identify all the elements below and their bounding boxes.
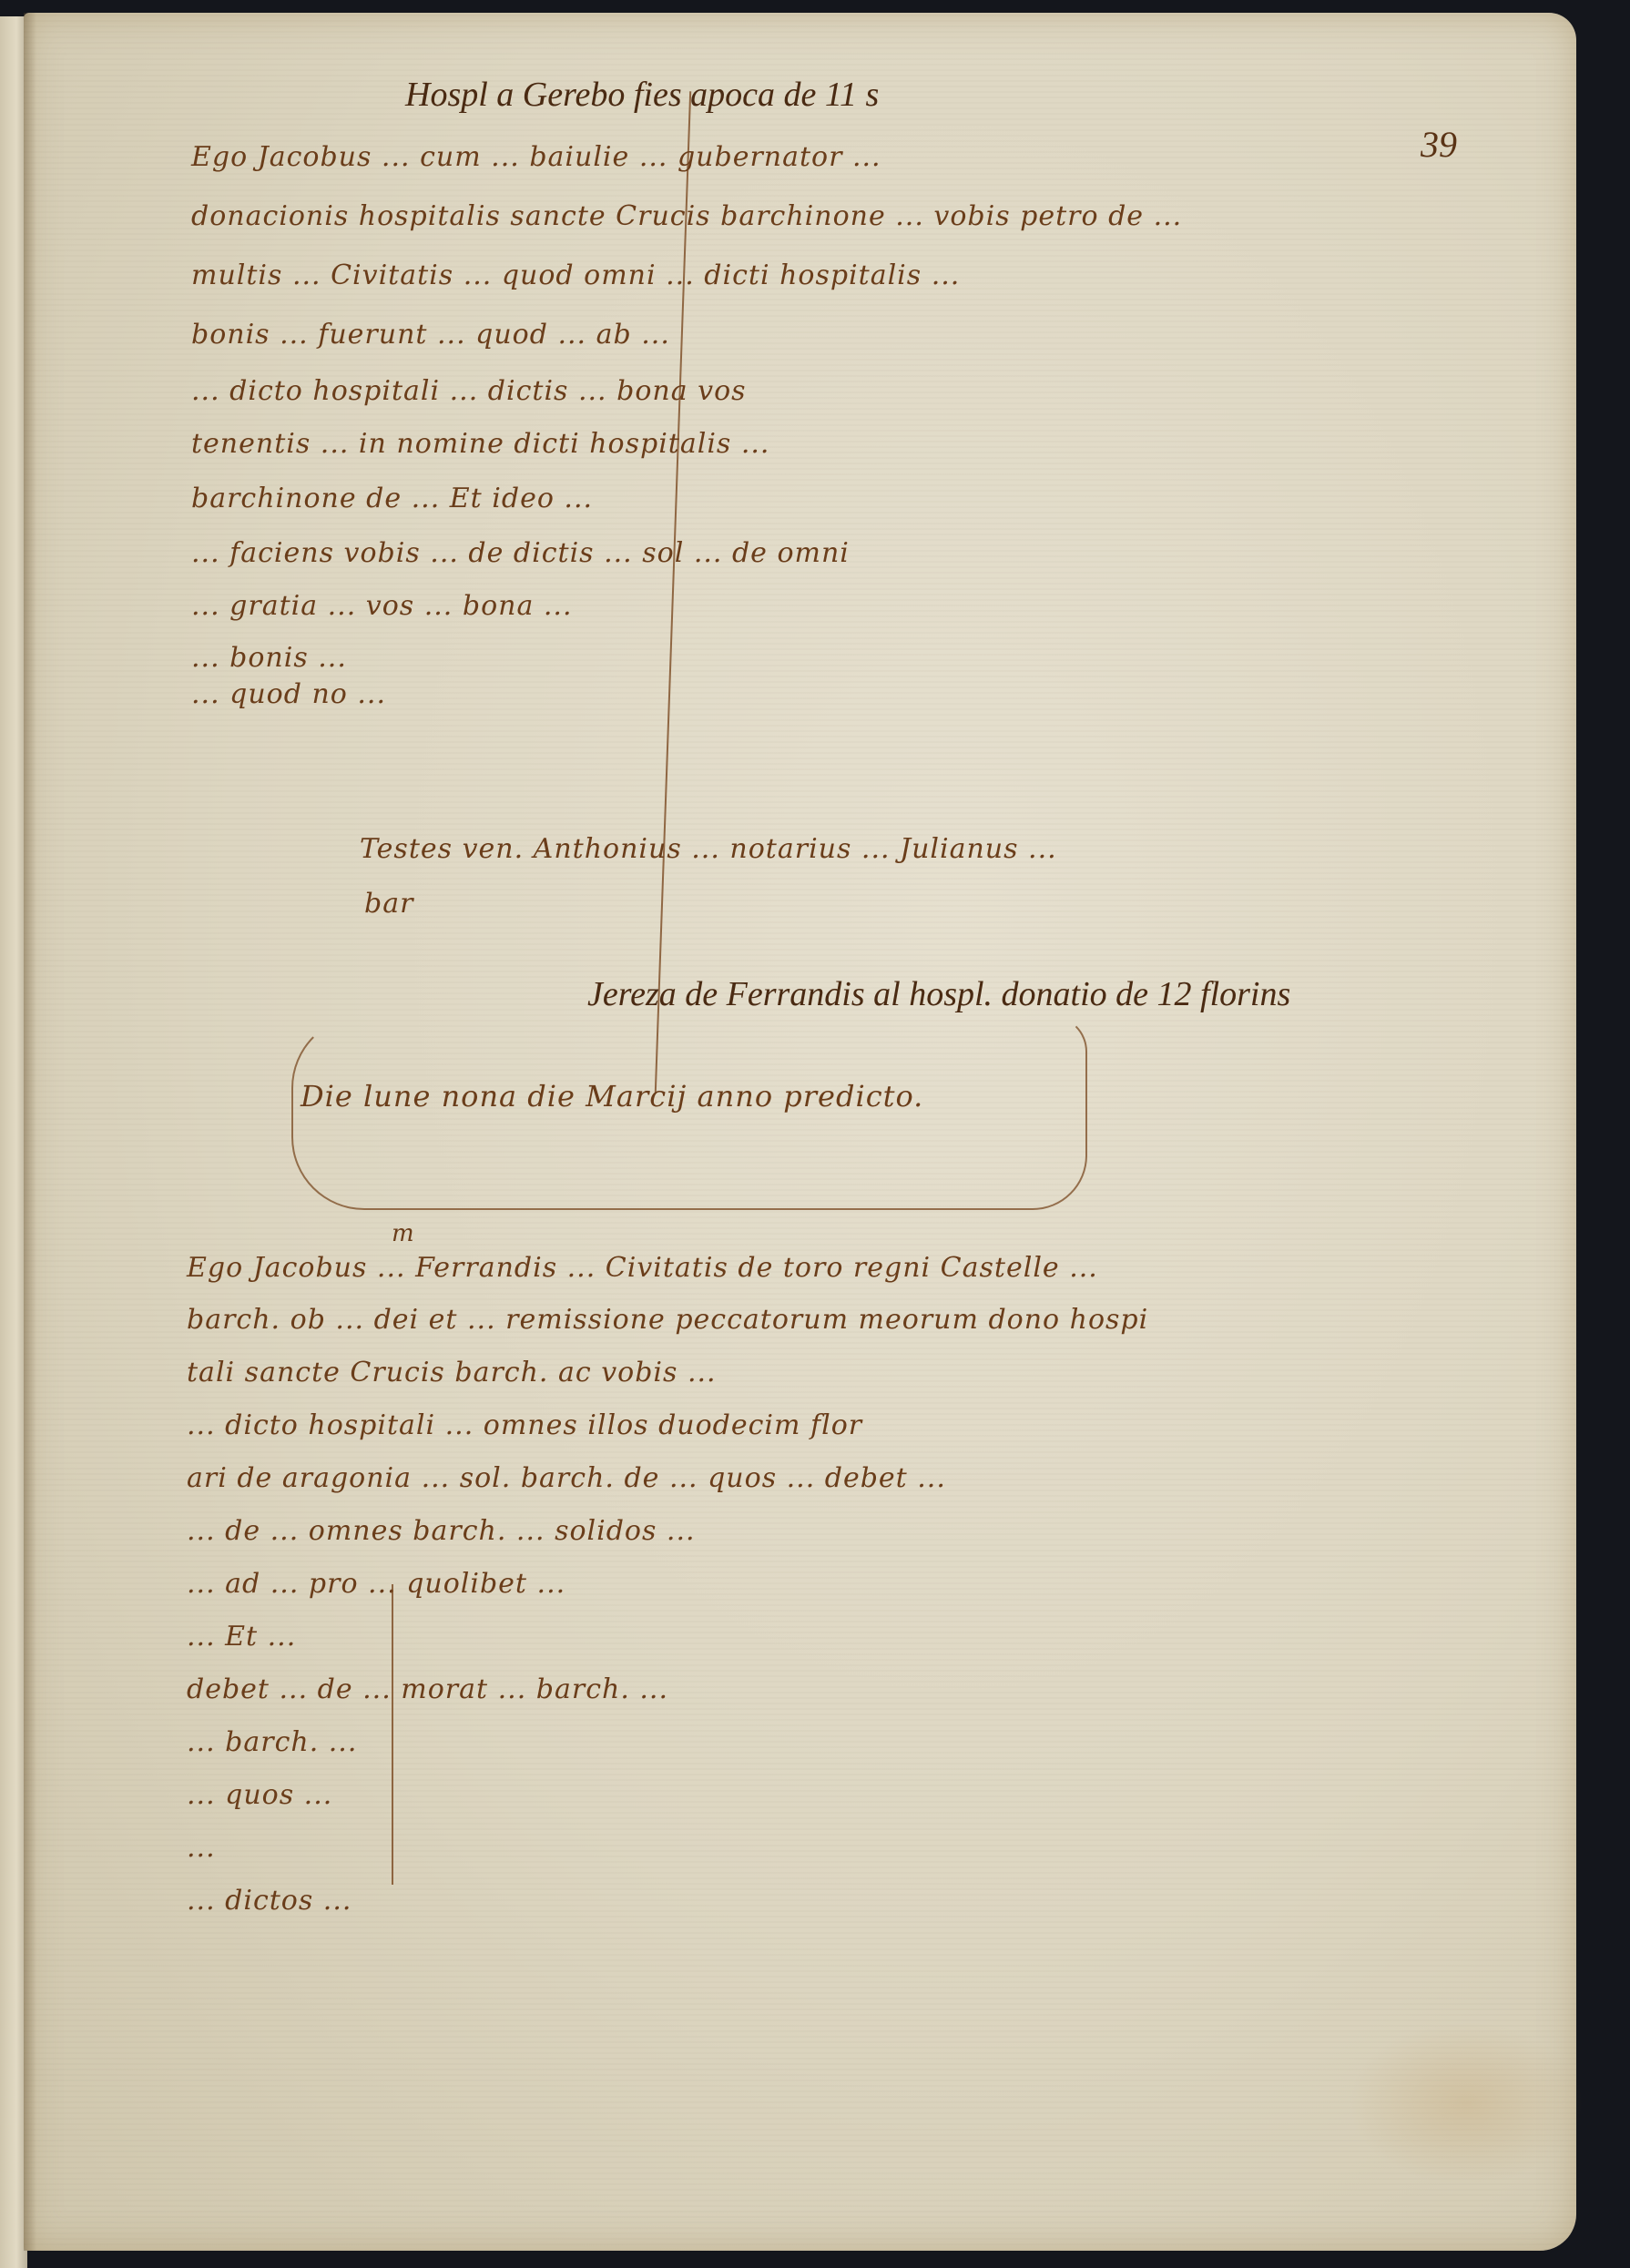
binding-gutter-shadow <box>24 13 36 2251</box>
witness-line: Testes ven. Anthonius ... notarius ... J… <box>360 833 1057 865</box>
entry-line: tenentis ... in nomine dicti hospitalis … <box>191 428 769 460</box>
entry-line: ... dicto hospitali ... omnes illos duod… <box>187 1409 862 1441</box>
entry-line: ... dicto hospitali ... dictis ... bona … <box>191 375 747 407</box>
entry-line: ... quod no ... <box>191 678 386 710</box>
entry-line: ... bonis ... <box>191 642 347 674</box>
entry-line: bonis ... fuerunt ... quod ... ab ... <box>191 319 670 351</box>
superscript-mark: m <box>392 1220 415 1247</box>
entry-line: barchinone de ... Et ideo ... <box>191 483 593 514</box>
water-stain <box>1348 2021 1584 2185</box>
entry-line: debet ... de ... morat ... barch. ... <box>187 1673 668 1705</box>
entry-line: multis ... Civitatis ... quod omni ... d… <box>191 259 960 291</box>
entry-line: ... faciens vobis ... de dictis ... sol … <box>191 537 850 569</box>
entry-line: Ego Jacobus ... cum ... baiulie ... gube… <box>191 141 881 173</box>
entry-line: ... barch. ... <box>187 1726 357 1758</box>
entry-line: ... quos ... <box>187 1779 332 1811</box>
entry-line: ... dictos ... <box>187 1885 351 1917</box>
folio-number: 39 <box>1421 123 1457 166</box>
date-line: Die lune nona die Marcij anno predicto. <box>301 1079 923 1114</box>
entry-line: ... <box>187 1832 216 1864</box>
entry-line: ... Et ... <box>187 1621 296 1653</box>
entry-line: ari de aragonia ... sol. barch. de ... q… <box>187 1462 946 1494</box>
entry-line: tali sancte Crucis barch. ac vobis ... <box>187 1357 717 1388</box>
entry-line: ... de ... omnes barch. ... solidos ... <box>187 1515 696 1547</box>
entry-line: donacionis hospitalis sancte Crucis barc… <box>191 200 1182 232</box>
entry-line: Ego Jacobus ... Ferrandis ... Civitatis … <box>187 1252 1098 1284</box>
witness-line: bar <box>364 888 413 920</box>
header-note: Hospl a Gerebo fies apoca de 11 s <box>405 75 879 115</box>
cancellation-stroke <box>392 1584 393 1885</box>
entry-line: ... ad ... pro ... quolibet ... <box>187 1568 565 1600</box>
entry-line: ... gratia ... vos ... bona ... <box>191 590 573 622</box>
margin-heading: Jereza de Ferrandis al hospl. donatio de… <box>587 974 1290 1014</box>
entry-line: barch. ob ... dei et ... remissione pecc… <box>187 1304 1148 1336</box>
